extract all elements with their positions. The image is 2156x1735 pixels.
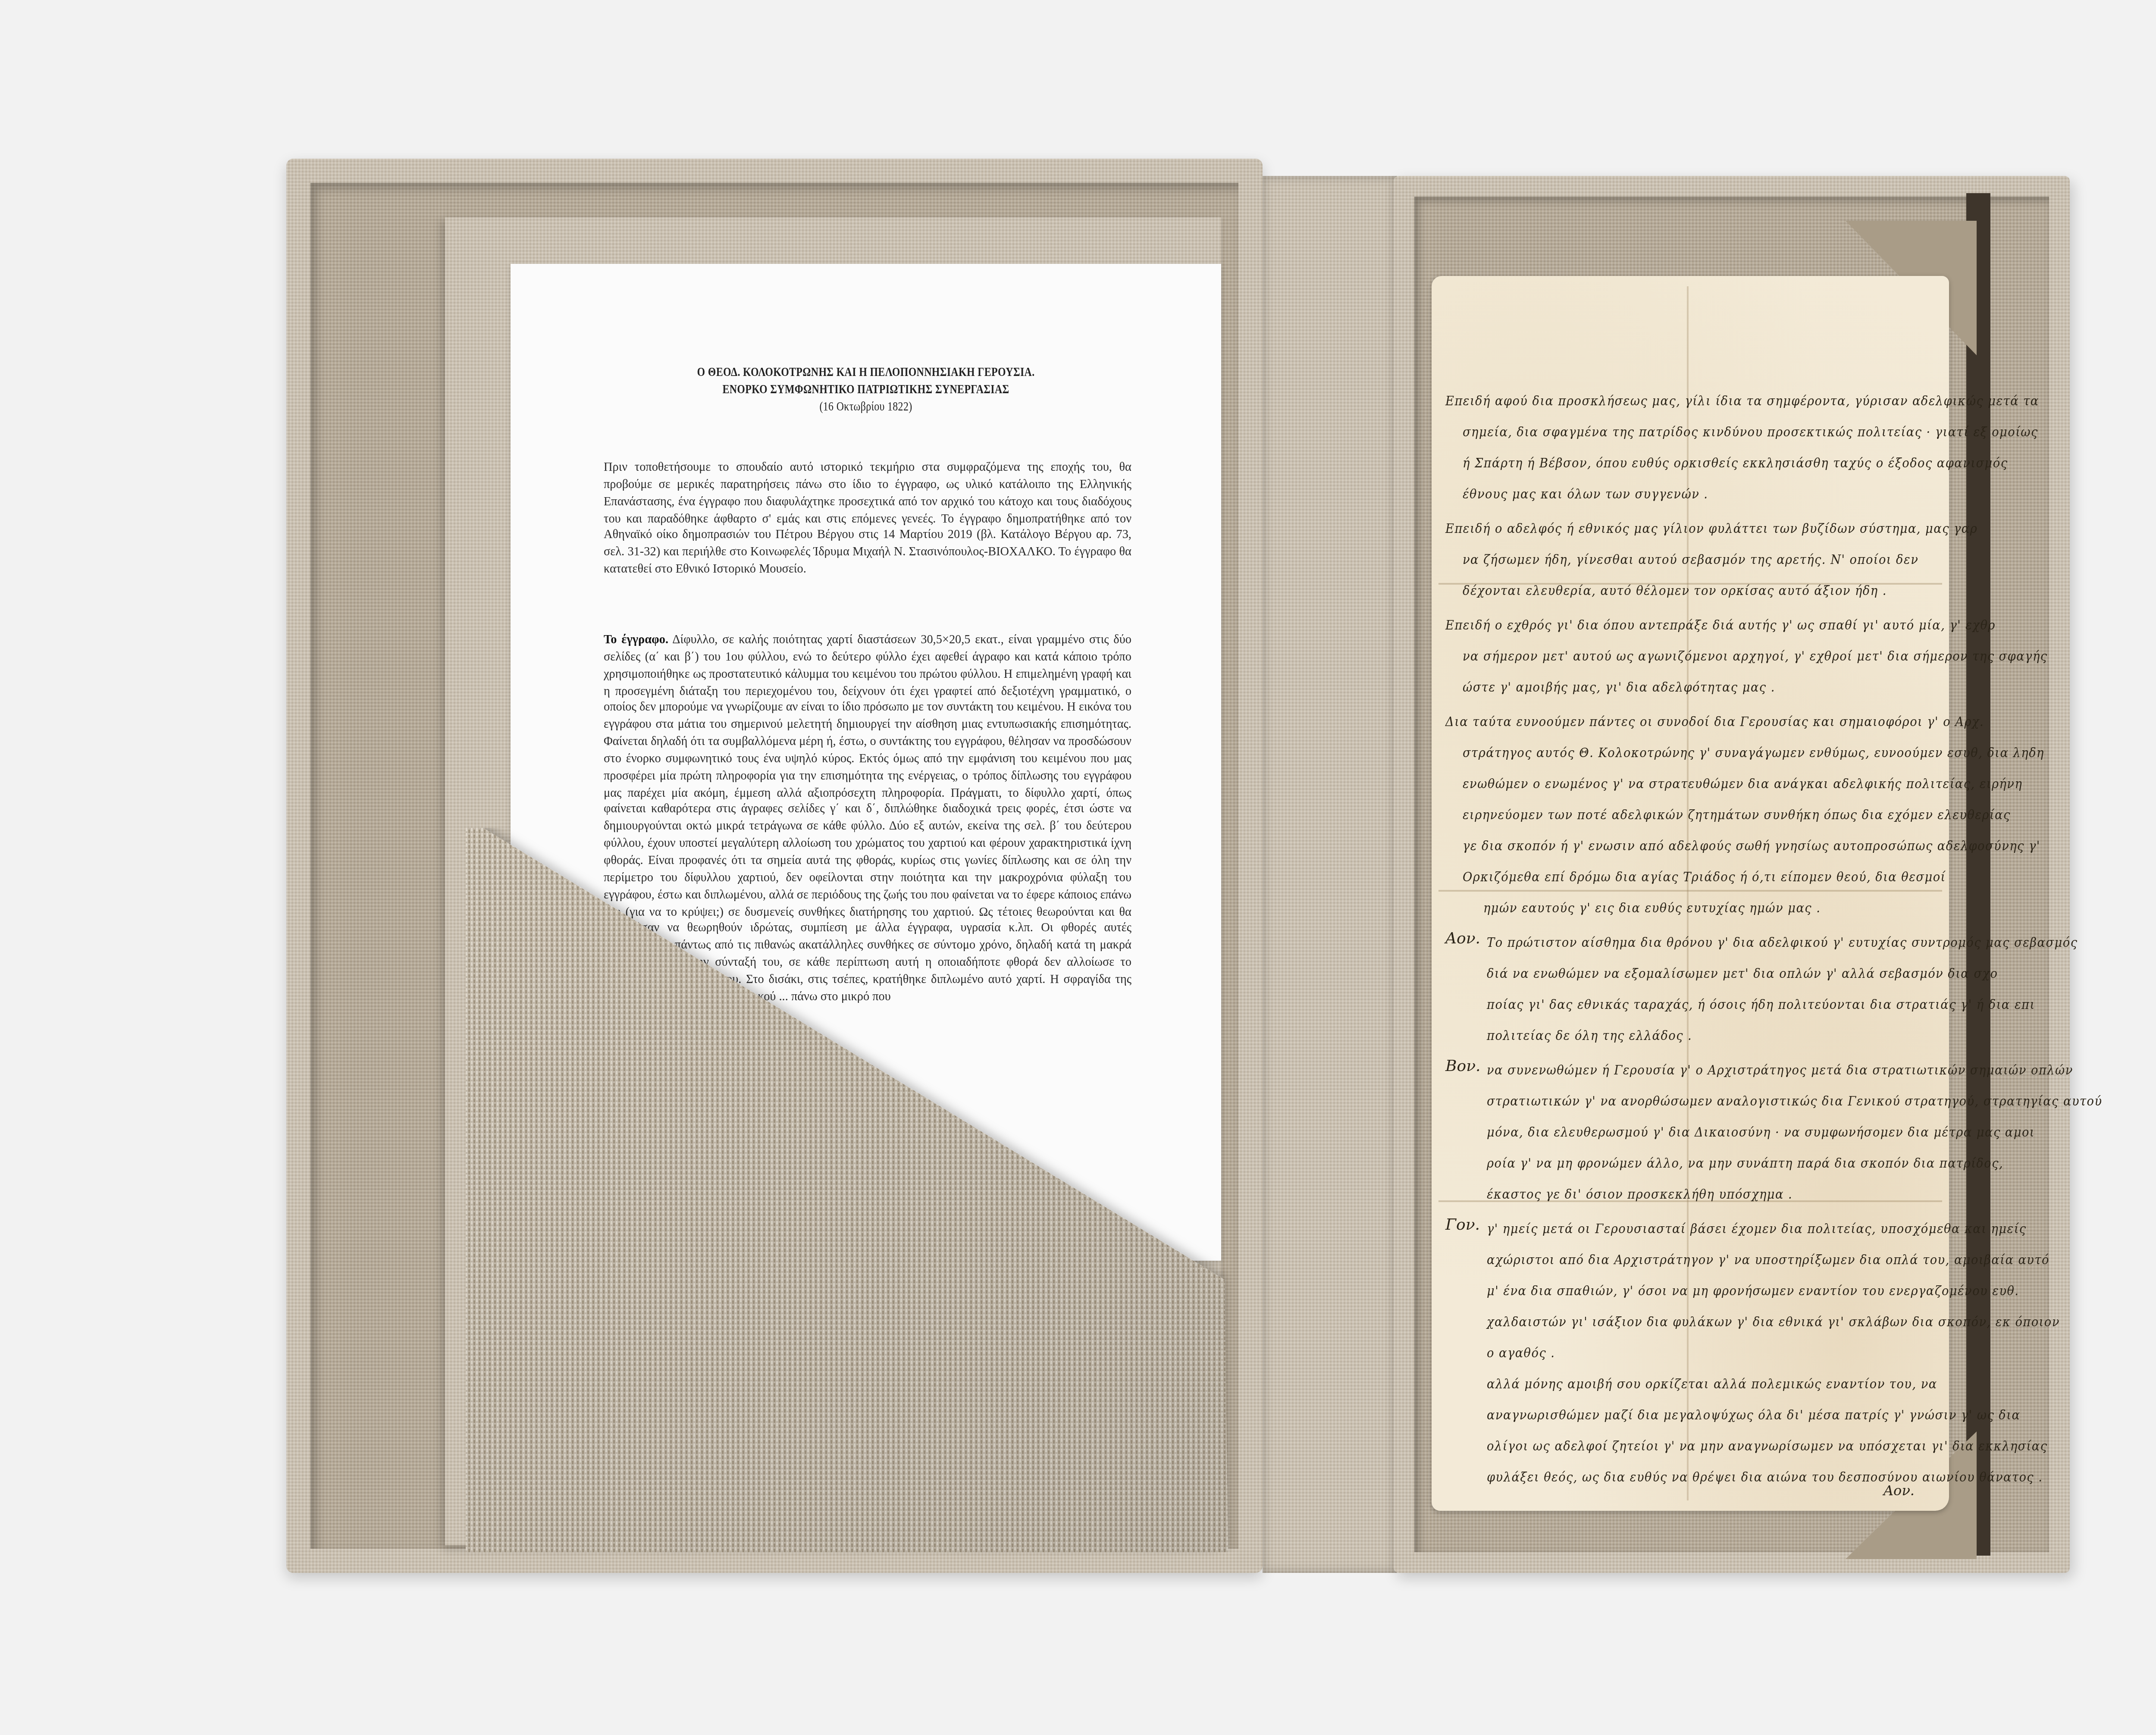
manuscript-line: Επειδή αφού δια προσκλήσεως μας, γίλι ίδ…: [1445, 393, 2039, 409]
photo-scene: Ο ΘΕΟΔ. ΚΟΛΟΚΟΤΡΩΝΗΣ ΚΑΙ Η ΠΕΛΟΠΟΝΝΗΣΙΑΚ…: [0, 0, 2156, 1735]
manuscript-signature: Αον.: [1883, 1483, 1915, 1499]
manuscript-line: γ' ημείς μετά οι Γερουσιασταί βάσει έχομ…: [1487, 1221, 2027, 1237]
manuscript-line: έθνους μας και όλων των συγγενών .: [1463, 486, 1708, 502]
manuscript-line: να συνενωθώμεν ή Γερουσία γ' ο Αρχιστράτ…: [1487, 1062, 2073, 1078]
manuscript-line: διά να ενωθώμεν να εξομαλίσωμεν μετ' δια…: [1487, 966, 1998, 981]
manuscript-line: έκαστος γε δι' όσιον προσκεκλήθη υπόσχημ…: [1487, 1187, 1792, 1202]
sheet-paragraph-heading: Το έγγραφο.: [604, 633, 668, 647]
section-marker-c: Γον.: [1445, 1218, 1480, 1235]
manuscript-line: ολίγοι ως αδελφοί ζητείοι γ' να μην αναγ…: [1487, 1438, 2047, 1454]
folder-spine: [1263, 176, 1397, 1573]
manuscript-line: ροία γ' να μη φρονώμεν άλλο, να μην συνά…: [1487, 1156, 2003, 1171]
manuscript-line: χαλδαιστών γι' ισάξιον δια φυλάκων γ' δι…: [1487, 1314, 2060, 1330]
manuscript-line: Ορκιζόμεθα επί δρόμω δια αγίας Τριάδος ή…: [1463, 869, 1946, 885]
manuscript-line: γε δια σκοπόν ή γ' ενωσιν από αδελφούς σ…: [1463, 838, 2040, 854]
manuscript-line: φυλάξει θεός, ως δια ευθύς να θρέψει δια…: [1487, 1469, 2043, 1485]
sheet-title-line-1: Ο ΘΕΟΔ. ΚΟΛΟΚΟΤΡΩΝΗΣ ΚΑΙ Η ΠΕΛΟΠΟΝΝΗΣΙΑΚ…: [574, 364, 1157, 381]
manuscript-line: στρατιωτικών γ' να ανορθώσωμεν αναλογιστ…: [1487, 1093, 2103, 1109]
section-marker-b: Βον.: [1445, 1059, 1481, 1076]
manuscript-line: να σήμερον μετ' αυτού ως αγωνιζόμενοι αρ…: [1463, 648, 2047, 664]
sheet-title: Ο ΘΕΟΔ. ΚΟΛΟΚΟΤΡΩΝΗΣ ΚΑΙ Η ΠΕΛΟΠΟΝΝΗΣΙΑΚ…: [574, 364, 1157, 416]
manuscript-line: ο αγαθός .: [1487, 1345, 1555, 1361]
manuscript-line: στράτηγος αυτός Θ. Κολοκοτρώνης γ' συναγ…: [1463, 745, 2044, 761]
manuscript-line: να ζήσωμεν ήδη, γίνεσθαι αυτού σεβασμόν …: [1463, 552, 1918, 567]
manuscript-line: δέχονται ελευθερία, αυτό θέλομεν τον ορκ…: [1463, 583, 1887, 598]
sheet-title-date: (16 Οκτωβρίου 1822): [574, 398, 1157, 416]
manuscript-line: ποίας γι' δας εθνικάς ταραχάς, ή όσοις ή…: [1487, 997, 2035, 1012]
manuscript-line: αχώριστοι από δια Αρχιστράτηγον γ' να υπ…: [1487, 1252, 2049, 1268]
sheet-title-line-2: ΕΝΟΡΚΟ ΣΥΜΦΩΝΗΤΙΚΟ ΠΑΤΡΙΩΤΙΚΗΣ ΣΥΝΕΡΓΑΣΙ…: [574, 381, 1157, 398]
fold-line: [1438, 890, 1942, 892]
manuscript-line: Επειδή ο εχθρός γι' δια όπου αντεπράξε δ…: [1445, 617, 1996, 633]
sheet-paragraph-intro: Πριν τοποθετήσουμε το σπουδαίο αυτό ιστο…: [604, 460, 1131, 579]
manuscript-line: ή Σπάρτη ή Βέβσον, όπου ευθύς ορκισθείς …: [1463, 455, 2008, 471]
linen-document-pocket[interactable]: [466, 828, 1263, 1552]
manuscript-line: μ' ένα δια σπαθιών, γ' όσοι να μη φρονήσ…: [1487, 1283, 2019, 1299]
manuscript-line: πολιτείας δε όλη της ελλάδος .: [1487, 1028, 1692, 1043]
manuscript-line: Το πρώτιστον αίσθημα δια θρόνου γ' δια α…: [1487, 935, 2078, 950]
manuscript-line: ενωθώμεν ο ενωμένος γ' να στρατευθώμεν δ…: [1463, 776, 2022, 792]
manuscript-line: Επειδή ο αδελφός ή εθνικός μας γίλιον φυ…: [1445, 521, 1977, 536]
handwritten-manuscript-1822[interactable]: Επειδή αφού δια προσκλήσεως μας, γίλι ίδ…: [1432, 276, 1949, 1511]
manuscript-line: αλλά μόνης αμοιβή σου ορκίζεται αλλά πολ…: [1487, 1376, 1937, 1392]
manuscript-line: σημεία, δια σφαγμένα της πατρίδος κινδύν…: [1463, 424, 2038, 440]
manuscript-line: ώστε γ' αμοιβής μας, γι' δια αδελφότητας…: [1463, 680, 1775, 695]
section-marker-a: Αον.: [1445, 931, 1480, 949]
manuscript-line: Δια ταύτα ευνοούμεν πάντες οι συνοδοί δι…: [1445, 714, 1984, 730]
manuscript-line: αναγνωρισθώμεν μαζί δια μεγαλοψύχως όλα …: [1487, 1407, 2020, 1423]
manuscript-line: μόνα, δια ελευθερωσμού γ' δια Δικαιοσύνη…: [1487, 1124, 2035, 1140]
manuscript-line: ημών εαυτούς γ' εις δια ευθύς ευτυχίας η…: [1483, 900, 1821, 916]
manuscript-line: ειρηνεύομεν των ποτέ αδελφικών ζητημάτων…: [1463, 807, 2011, 823]
